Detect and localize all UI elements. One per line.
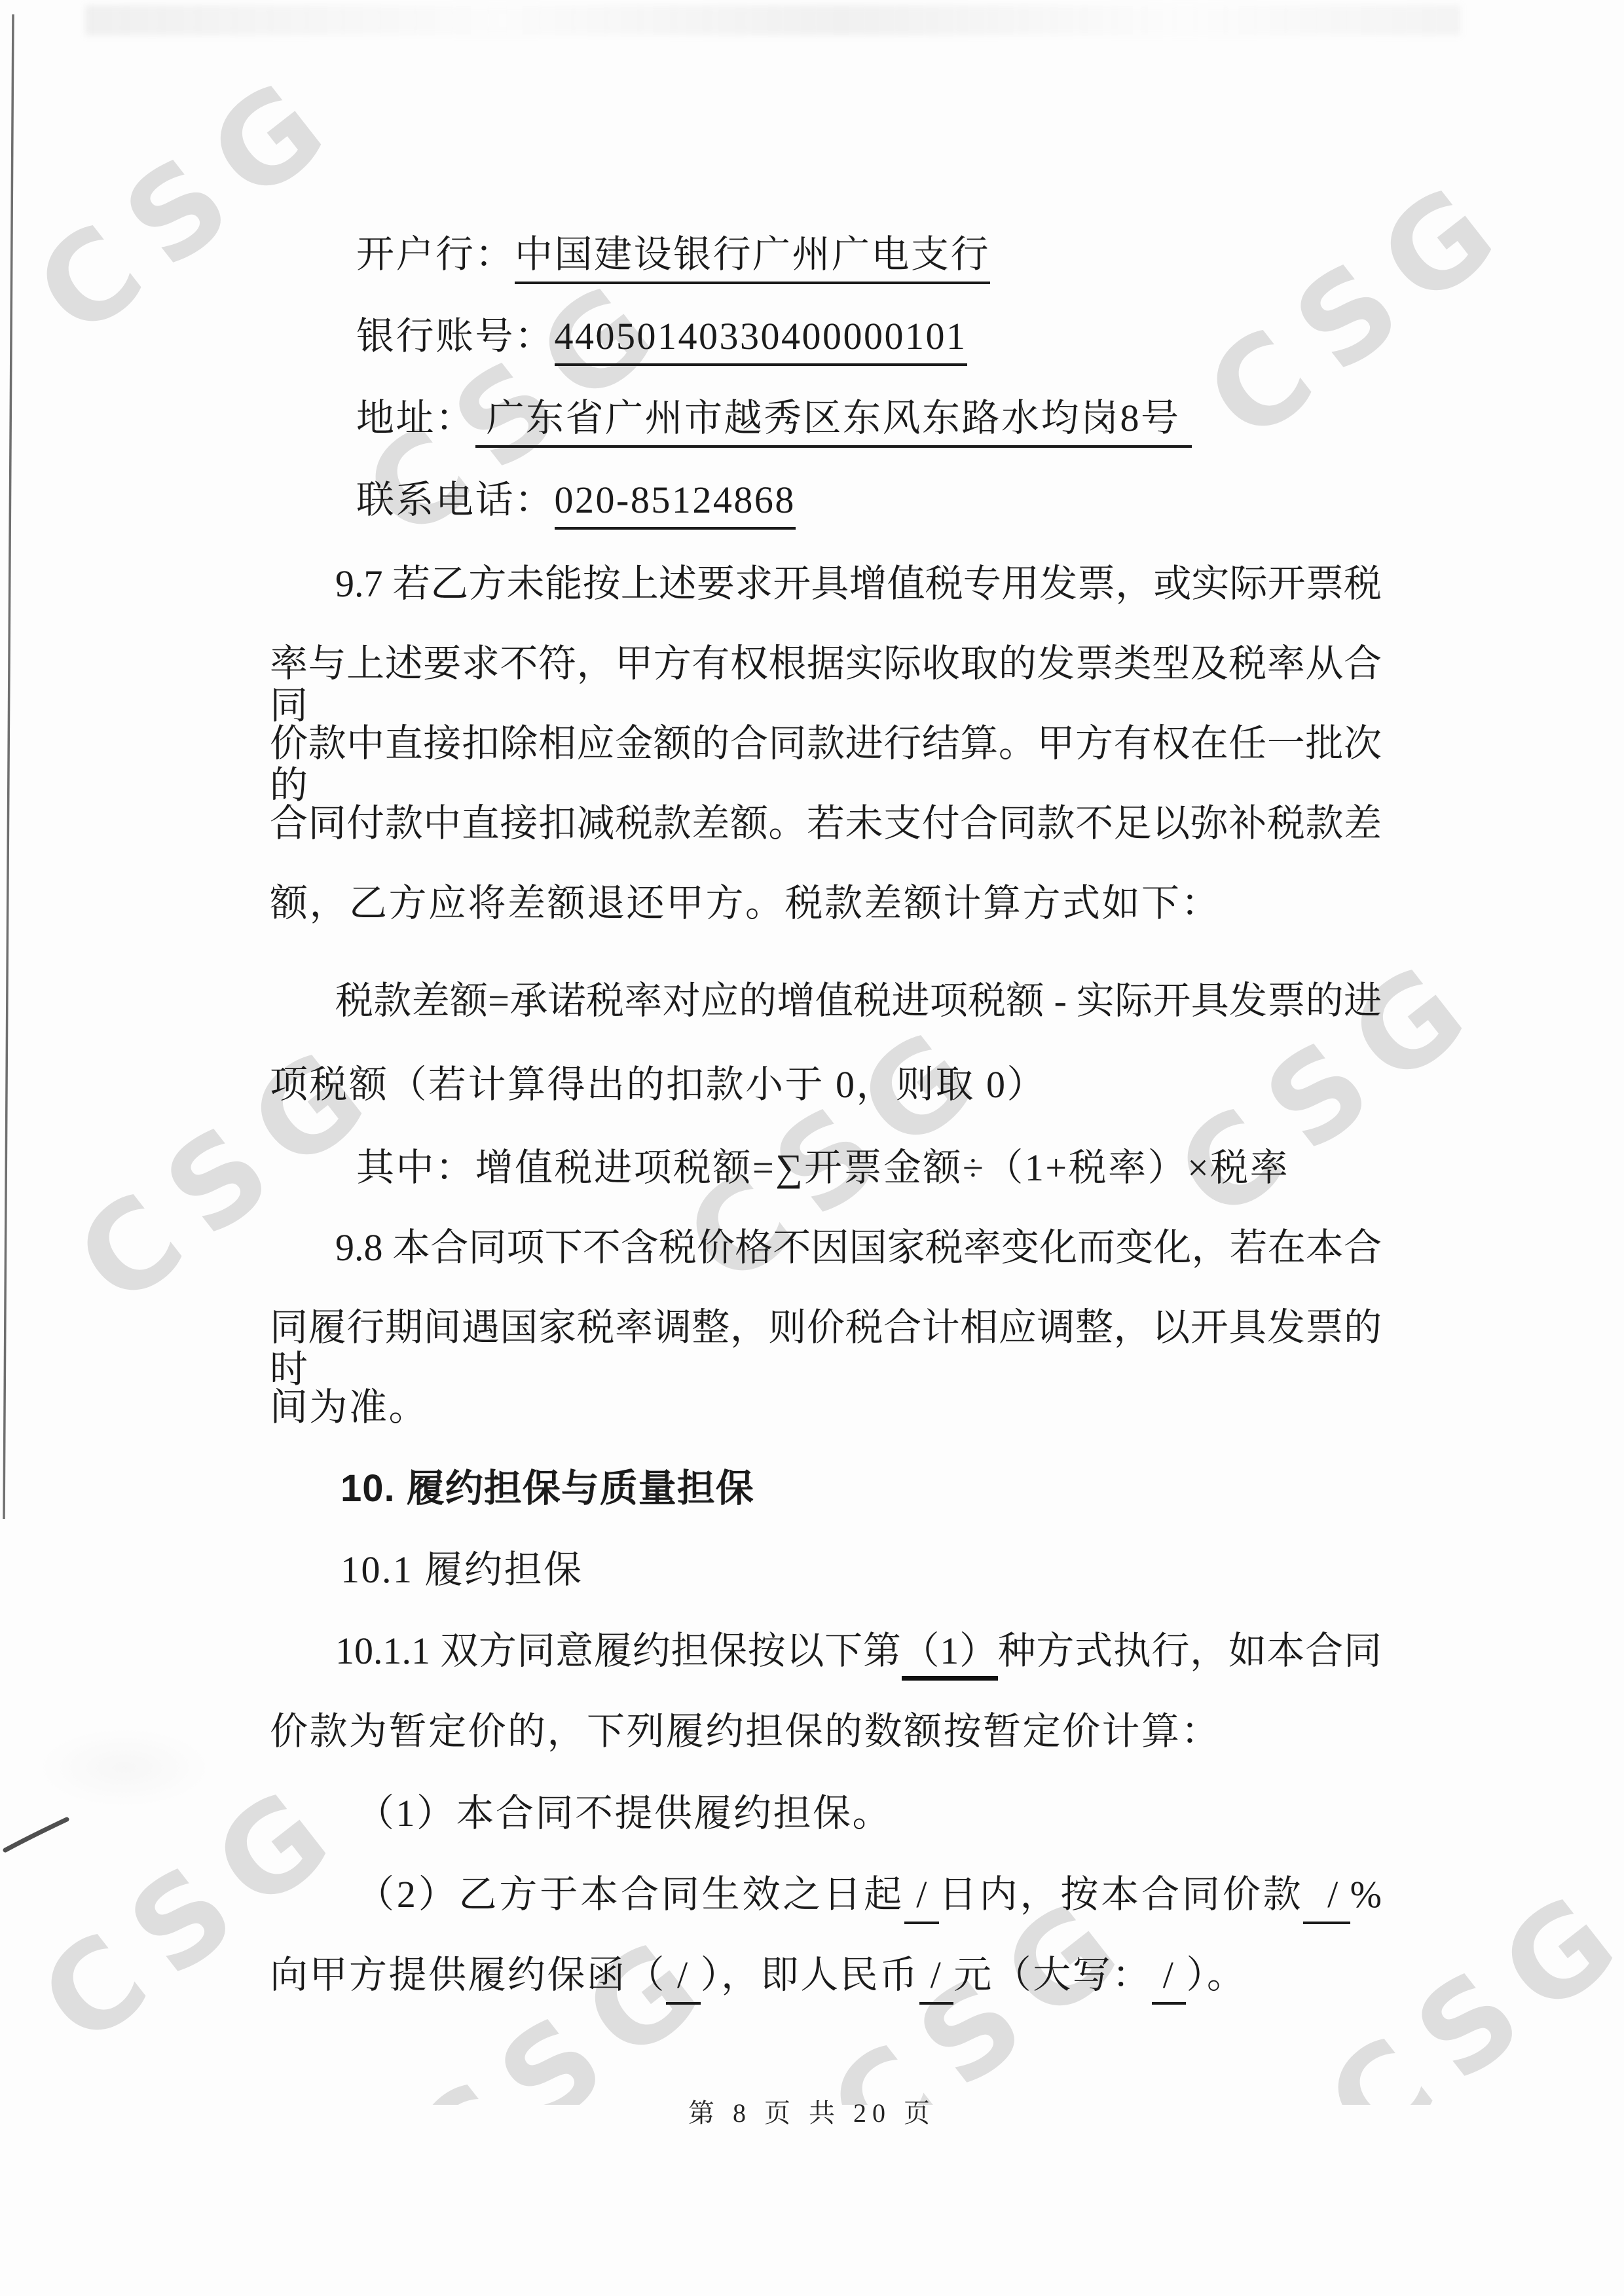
clause-9-8-line-3: 间为准。 bbox=[270, 1387, 1382, 1429]
text-segment: 元（大写： bbox=[953, 1954, 1152, 1996]
underlined-fill-in-blank: / bbox=[919, 1954, 954, 2005]
text-segment: 日内，按本合同价款 bbox=[939, 1873, 1304, 1916]
text-segment: 其中：增值税进项税额=∑开票金额÷（1+税率）×税率 bbox=[356, 1146, 1289, 1189]
section-10-heading: 10. 履约担保与质量担保 bbox=[270, 1468, 1382, 1510]
option-2-line-1: （2）乙方于本合同生效之日起 / 日内，按本合同价款 / % bbox=[270, 1874, 1382, 1916]
clause-9-7-line-5: 额，乙方应将差额退还甲方。税款差额计算方式如下： bbox=[270, 883, 1382, 924]
underlined-fill-in-blank: / bbox=[904, 1873, 939, 1924]
tax-formula-line-2: 项税额（若计算得出的扣款小于 0，则取 0） bbox=[270, 1064, 1382, 1106]
text-segment: 项税额（若计算得出的扣款小于 0，则取 0） bbox=[270, 1063, 1046, 1106]
text-segment: （1）本合同不提供履约担保。 bbox=[356, 1792, 892, 1834]
clause-10-1-1-line-2: 价款为暂定价的，下列履约担保的数额按暂定价计算： bbox=[270, 1711, 1382, 1753]
text-segment: ），即人民币 bbox=[701, 1954, 919, 1996]
text-segment: 价款中直接扣除相应金额的合同款进行结算。甲方有权在任一批次的 bbox=[270, 722, 1382, 807]
text-segment: 额，乙方应将差额退还甲方。税款差额计算方式如下： bbox=[270, 882, 1221, 924]
document-body: 开户行：中国建设银行广州广电支行银行账号：4405014033040000010… bbox=[0, 0, 1624, 2296]
text-segment: 9.7 若乙方未能按上述要求开具增值税专用发票，或实际开票税 bbox=[335, 562, 1382, 605]
clause-9-7-line-1: 9.7 若乙方未能按上述要求开具增值税专用发票，或实际开票税 bbox=[270, 563, 1382, 605]
text-segment: 率与上述要求不符，甲方有权根据实际收取的发票类型及税率从合同 bbox=[270, 642, 1382, 727]
clause-10-1-1-line-1: 10.1.1 双方同意履约担保按以下第（1）种方式执行，如本合同 bbox=[270, 1630, 1382, 1672]
option-2-line-2: 向甲方提供履约保函（ / ），即人民币 / 元（大写： / ）。 bbox=[270, 1954, 1382, 1996]
text-segment: 10. 履约担保与质量担保 bbox=[341, 1467, 754, 1510]
underlined-fill-in-blank: / bbox=[1303, 1873, 1350, 1924]
page-number-footer: 第 8 页 共 20 页 bbox=[0, 2092, 1624, 2130]
clause-9-8-line-2: 同履行期间遇国家税率调整，则价税合计相应调整，以开具发票的时 bbox=[270, 1307, 1382, 1391]
text-segment: 价款为暂定价的，下列履约担保的数额按暂定价计算： bbox=[270, 1710, 1221, 1753]
text-segment: ）。 bbox=[1186, 1954, 1246, 1996]
text-segment: 联系电话： bbox=[356, 479, 555, 521]
text-segment: % bbox=[1350, 1873, 1382, 1916]
tax-formula-line-3: 其中：增值税进项税额=∑开票金额÷（1+税率）×税率 bbox=[270, 1147, 1382, 1189]
text-segment: 合同付款中直接扣减税款差额。若未支付合同款不足以弥补税款差 bbox=[270, 802, 1382, 845]
text-segment: 同履行期间遇国家税率调整，则价税合计相应调整，以开具发票的时 bbox=[270, 1306, 1382, 1391]
clause-9-7-line-4: 合同付款中直接扣减税款差额。若未支付合同款不足以弥补税款差 bbox=[270, 803, 1382, 845]
text-segment: 银行账号： bbox=[356, 315, 555, 357]
clause-9-7-line-2: 率与上述要求不符，甲方有权根据实际收取的发票类型及税率从合同 bbox=[270, 643, 1382, 727]
text-segment: 间为准。 bbox=[270, 1386, 428, 1429]
underlined-fill-in-blank: （1） bbox=[902, 1630, 998, 1681]
underlined-fill-in-blank: 020-85124868 bbox=[555, 479, 796, 530]
text-segment: 向甲方提供履约保函（ bbox=[270, 1954, 666, 1996]
bank-line-account-number: 银行账号：44050140330400000101 bbox=[270, 316, 1382, 357]
section-10-1-heading: 10.1 履约担保 bbox=[270, 1549, 1382, 1591]
text-segment: 10.1 履约担保 bbox=[341, 1548, 583, 1591]
option-1-line: （1）本合同不提供履约担保。 bbox=[270, 1793, 1382, 1834]
bank-line-opening-bank: 开户行：中国建设银行广州广电支行 bbox=[270, 234, 1382, 276]
text-segment: 税款差额=承诺税率对应的增值税进项税额 - 实际开具发票的进 bbox=[335, 979, 1382, 1022]
clause-9-7-line-3: 价款中直接扣除相应金额的合同款进行结算。甲方有权在任一批次的 bbox=[270, 723, 1382, 807]
text-segment: 10.1.1 双方同意履约担保按以下第 bbox=[335, 1630, 902, 1672]
bank-line-address: 地址： 广东省广州市越秀区东风东路水均岗8号 bbox=[270, 397, 1382, 439]
underlined-fill-in-blank: 44050140330400000101 bbox=[555, 315, 967, 366]
text-segment: 开户行： bbox=[356, 233, 515, 276]
text-segment: 种方式执行，如本合同 bbox=[998, 1630, 1382, 1672]
underlined-fill-in-blank: 中国建设银行广州广电支行 bbox=[515, 233, 990, 284]
text-segment: 地址： bbox=[356, 397, 475, 439]
contract-page: CSGCSGCSGCSGCSGCSGCSGCSGCSGCSG 开户行：中国建设银… bbox=[0, 0, 1624, 2296]
bank-line-phone: 联系电话：020-85124868 bbox=[270, 479, 1382, 521]
text-segment: （2）乙方于本合同生效之日起 bbox=[356, 1873, 904, 1916]
underlined-fill-in-blank: / bbox=[1152, 1954, 1187, 2005]
tax-formula-line-1: 税款差额=承诺税率对应的增值税进项税额 - 实际开具发票的进 bbox=[270, 980, 1382, 1022]
underlined-fill-in-blank: 广东省广州市越秀区东风东路水均岗8号 bbox=[475, 397, 1192, 448]
clause-9-8-line-1: 9.8 本合同项下不含税价格不因国家税率变化而变化，若在本合 bbox=[270, 1227, 1382, 1269]
text-segment: 9.8 本合同项下不含税价格不因国家税率变化而变化，若在本合 bbox=[335, 1226, 1382, 1269]
underlined-fill-in-blank: / bbox=[666, 1954, 701, 2005]
